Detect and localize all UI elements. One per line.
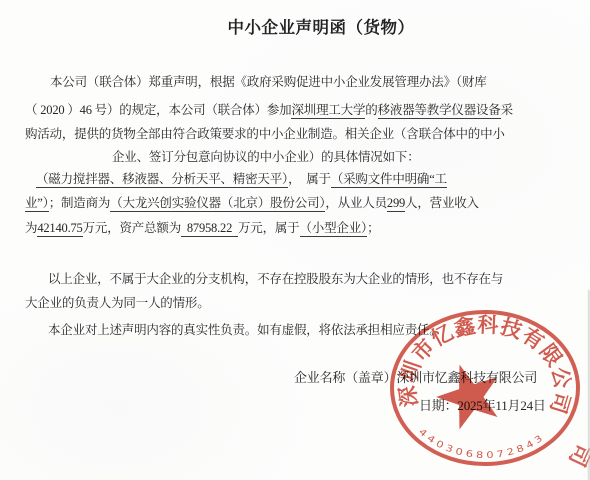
underlined-field-value: 42140.75 (37, 221, 82, 237)
text-segment: ； (367, 221, 379, 235)
line-no-affiliation-2: 大企业的负责人为同一人的情形。 (25, 295, 210, 312)
text-segment: 大企业的负责人为同一人的情形。 (25, 296, 210, 310)
line-date: 日期：2025年11月24日 (419, 397, 546, 414)
text-segment: 本企业对上述声明内容的真实性负责。如有虚假，将依法承担相应责任。 (48, 323, 442, 337)
text-segment: 购活动，提供的货物全部由符合政策要求的中小企业制造。相关企业（含联合体中的中小 (25, 127, 505, 141)
scanned-declaration-page: 中小企业声明函（货物） 本公司（联合体）郑重声明，根据《政府采购促进中小企业发展… (0, 0, 590, 480)
seal-star-icon (429, 355, 509, 433)
text-segment: （ 2020 ）46 号）的规定，本公司（联合体）参加 (25, 103, 291, 117)
line-responsibility: 本企业对上述声明内容的真实性负责。如有虚假，将依法承担相应责任。 (48, 322, 442, 339)
line-company-name: 企业名称（盖章）深圳市忆鑫科技有限公司 (294, 369, 537, 386)
text-segment: ，从业人员 (325, 196, 387, 210)
line-manufacturer: 业”）；制造商为（大龙兴创实验仪器（北京）股份公司），从业人员299人，营业收入 (25, 195, 479, 212)
document-title: 中小企业声明函（货物） (26, 14, 590, 38)
line-no-affiliation-1: 以上企业，不属于大企业的分支机构，不存在控股股东为大企业的情形，也不存在与 (48, 271, 503, 288)
text-segment: 企业、签订分包意向协议的中小企业）的具体情况如下： (112, 150, 420, 164)
text-segment: 的 (365, 103, 377, 117)
text-segment: 万元，属于 (238, 221, 300, 235)
underlined-field-value: （采购文件中明确“工 (331, 172, 447, 188)
underlined-field-value: 87958.22 (181, 221, 238, 237)
line-goods-list: （磁力搅拌器、移液器、分析天平、精密天平）， 属于（采购文件中明确“工 (36, 171, 447, 188)
seal-serial-arc-text: 4403068072843 (416, 427, 547, 461)
text-segment: 万元，资产总额为 (83, 221, 181, 235)
text-segment: ；制造商为 (49, 196, 111, 210)
line-declaration-3: 购活动，提供的货物全部由符合政策要求的中小企业制造。相关企业（含联合体中的中小 (25, 126, 505, 143)
underlined-field-value: 深圳理工大学 (291, 103, 365, 119)
text-segment: ， 属于 (288, 172, 331, 186)
text-segment: 日期：2025年11月24日 (419, 398, 546, 413)
underlined-field-value: 移液器等教学仪器设备 (378, 103, 501, 119)
text-segment: 人，营业收入 (405, 196, 479, 210)
line-financials: 为42140.75万元，资产总额为 87958.22 万元，属于（小型企业）； (25, 220, 379, 237)
line-declaration-4: 企业、签订分包意向协议的中小企业）的具体情况如下： (112, 149, 420, 166)
underlined-field-value: （磁力搅拌器、移液器、分析天平、精密天平） (36, 172, 288, 188)
seal-overlap-glyph: 司 (564, 440, 590, 471)
text-segment: 本公司（联合体）郑重声明，根据《政府采购促进中小企业发展管理办法》（财库 (50, 75, 487, 89)
underlined-field-value: 299 (387, 196, 405, 212)
text-segment: 企业名称（盖章）深圳市忆鑫科技有限公司 (294, 370, 537, 385)
line-declaration-2: （ 2020 ）46 号）的规定，本公司（联合体）参加深圳理工大学的移液器等教学… (25, 102, 513, 119)
text-segment: 采 (501, 103, 513, 117)
underlined-field-value: （小型企业） (300, 221, 368, 237)
line-declaration-1: 本公司（联合体）郑重声明，根据《政府采购促进中小企业发展管理办法》（财库 (50, 74, 487, 91)
underlined-field-value: 业”） (25, 196, 49, 212)
text-segment: 以上企业，不属于大企业的分支机构，不存在控股股东为大企业的情形，也不存在与 (48, 272, 503, 286)
underlined-field-value: （大龙兴创实验仪器（北京）股份公司） (110, 196, 325, 212)
text-segment: 为 (25, 221, 37, 235)
